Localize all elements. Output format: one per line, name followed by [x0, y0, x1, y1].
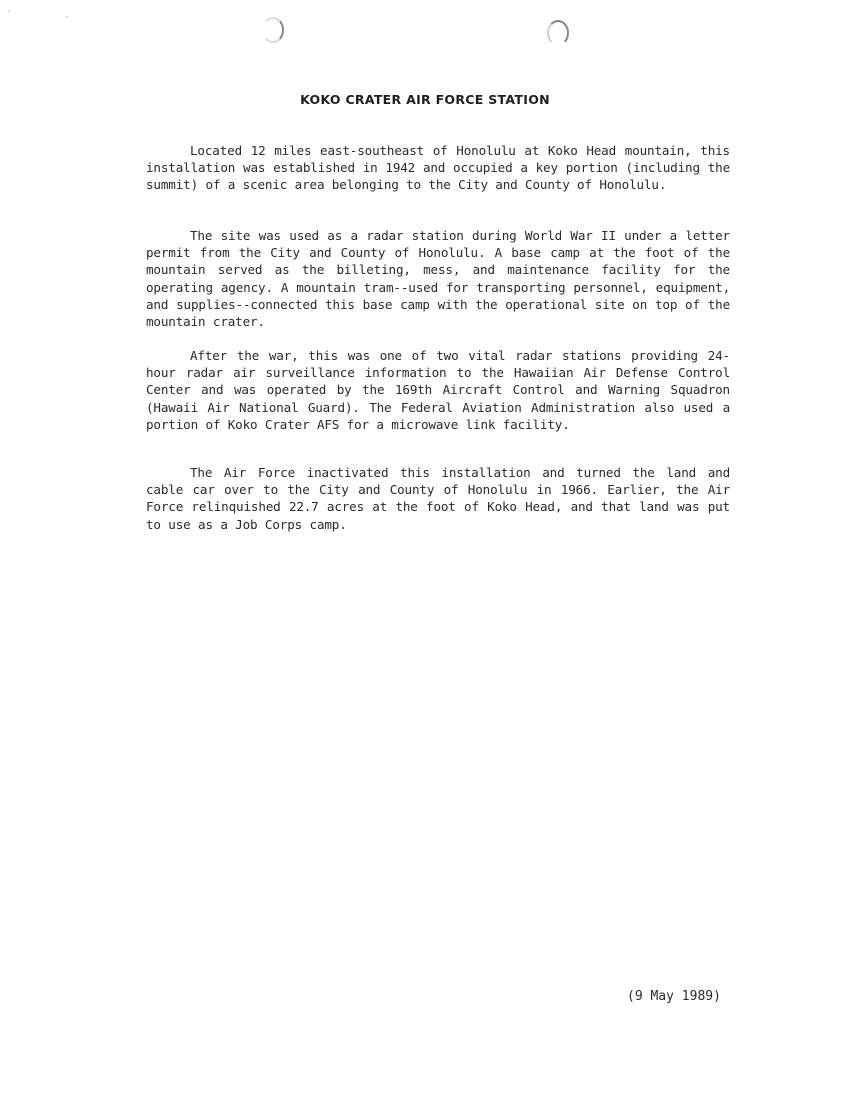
paragraph-text: The site was used as a radar station dur…	[146, 228, 730, 329]
paragraph: The Air Force inactivated this installat…	[146, 464, 730, 533]
paragraph-text: Located 12 miles east-southeast of Honol…	[146, 143, 730, 192]
document-date: (9 May 1989)	[627, 989, 721, 1004]
punch-hole-mark	[262, 17, 284, 43]
paragraph-text: The Air Force inactivated this installat…	[146, 465, 730, 532]
paragraph-text: After the war, this was one of two vital…	[146, 348, 730, 432]
paragraph: The site was used as a radar station dur…	[146, 227, 730, 330]
scan-speck	[66, 16, 68, 18]
document-title: KOKO CRATER AIR FORCE STATION	[0, 92, 850, 107]
scan-speck	[8, 10, 10, 12]
paragraph: Located 12 miles east-southeast of Honol…	[146, 142, 730, 194]
paragraph: After the war, this was one of two vital…	[146, 347, 730, 433]
punch-hole-mark	[547, 20, 569, 46]
